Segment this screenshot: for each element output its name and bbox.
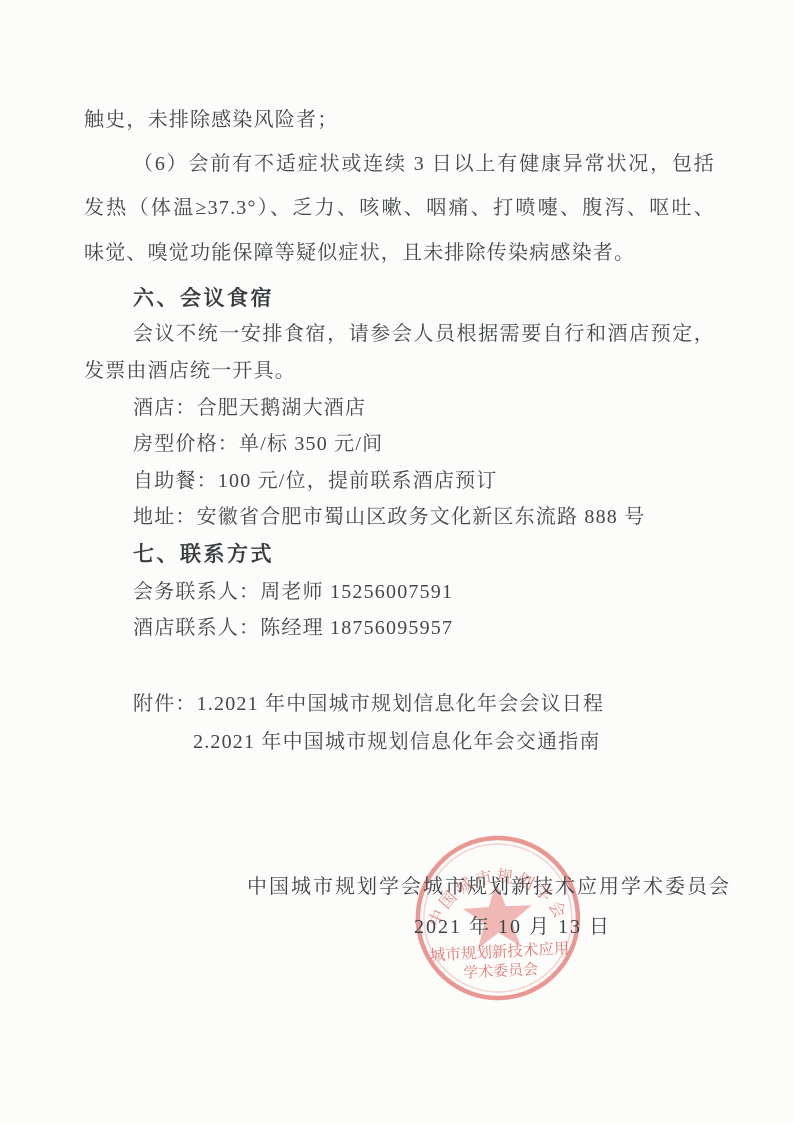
body-line-item6: （6）会前有不适症状或连续 3 日以上有健康异常状况，包括 xyxy=(133,152,715,177)
body-line-symptoms-1: 发热（体温≥37.3°）、乏力、咳嗽、咽痛、打喷嚏、腹泻、呕吐、 xyxy=(84,196,715,221)
body-line-room-price: 房型价格：单/标 350 元/间 xyxy=(133,432,383,457)
signature-organization: 中国城市规划学会城市规划新技术应用学术委员会 xyxy=(247,875,731,900)
attachment-line-2: 2.2021 年中国城市规划信息化年会交通指南 xyxy=(193,730,601,755)
body-line-address: 地址：安徽省合肥市蜀山区政务文化新区东流路 888 号 xyxy=(133,505,645,530)
body-line-hotel-name: 酒店：合肥天鹅湖大酒店 xyxy=(133,396,366,421)
body-line-conference-contact: 会务联系人：周老师 15256007591 xyxy=(133,580,453,605)
attachment-line-1: 附件：1.2021 年中国城市规划信息化年会会议日程 xyxy=(133,692,604,717)
signature-date: 2021 年 10 月 13 日 xyxy=(414,915,611,940)
seal-center-line-2: 学术委员会 xyxy=(463,961,539,982)
body-line-buffet: 自助餐：100 元/位，提前联系酒店预订 xyxy=(133,469,498,494)
body-line-hotel-contact: 酒店联系人：陈经理 18756095957 xyxy=(133,616,453,641)
section-heading-seven-contacts: 七、联系方式 xyxy=(133,542,274,568)
body-line-lodging-2: 发票由酒店统一开具。 xyxy=(84,359,296,384)
body-line-lodging-1: 会议不统一安排食宿，请参会人员根据需要自行和酒店预定， xyxy=(133,322,715,347)
seal-center-line-1: 城市规划新技术应用 xyxy=(430,939,570,964)
body-line-continuation: 触史，未排除感染风险者； xyxy=(84,108,338,133)
section-heading-six-meals-lodging: 六、会议食宿 xyxy=(133,286,274,312)
document-page: 触史，未排除感染风险者； （6）会前有不适症状或连续 3 日以上有健康异常状况，… xyxy=(0,0,794,1123)
body-line-symptoms-2: 味觉、嗅觉功能保障等疑似症状，且未排除传染病感染者。 xyxy=(84,241,635,266)
